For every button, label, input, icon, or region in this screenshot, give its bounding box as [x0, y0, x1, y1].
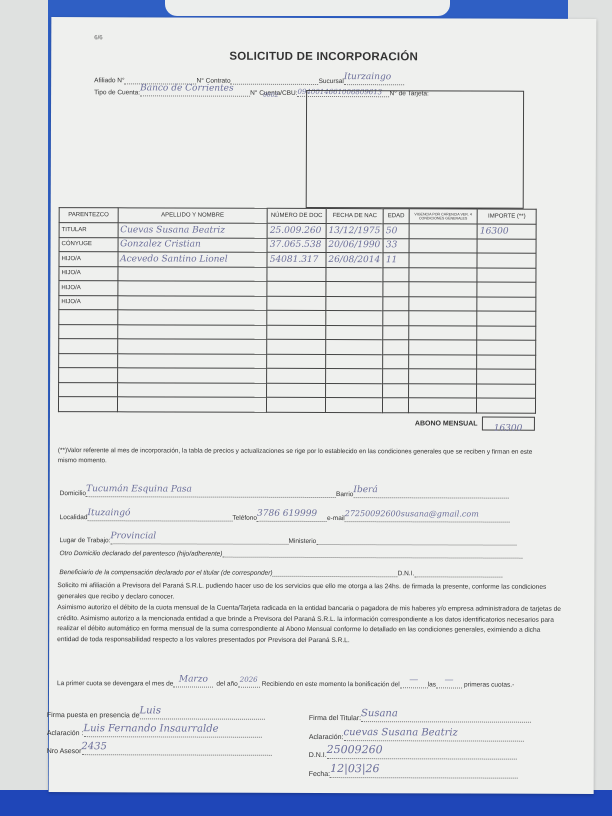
- clipboard-handle-hole: [165, 0, 450, 16]
- otro-domicilio-field[interactable]: [222, 557, 522, 559]
- cell-doc[interactable]: [267, 397, 326, 412]
- cell-nombre[interactable]: Gonzalez Cristian: [118, 237, 268, 252]
- price-note: (**)Valor referente al mes de incorporac…: [58, 446, 548, 468]
- first-year-field[interactable]: 2026: [238, 669, 260, 688]
- cell-vigencia[interactable]: [408, 383, 477, 398]
- asesor-row: Nro Asesor 2435: [47, 736, 272, 756]
- table-row: [59, 324, 536, 340]
- tipo-cuenta-field[interactable]: Banco de Corrientes: [140, 77, 250, 96]
- cell-vigencia[interactable]: [408, 296, 477, 311]
- trabajo-row: Lugar de Trabajo: Provincial Ministerio: [60, 525, 517, 546]
- cell-edad[interactable]: 11: [383, 253, 408, 268]
- cell-parentezco: HIJO/A: [59, 295, 118, 310]
- cell-vigencia[interactable]: [408, 325, 477, 340]
- col-nac: FECHA DE NAC: [326, 209, 384, 224]
- cell-importe[interactable]: [477, 355, 536, 370]
- cell-vigencia[interactable]: [408, 398, 477, 413]
- barrio-field[interactable]: Iberá: [353, 479, 508, 499]
- cell-importe[interactable]: [477, 239, 536, 254]
- cell-parentezco: [59, 339, 118, 354]
- cell-nac[interactable]: [326, 325, 384, 340]
- form-page: 6/6 SOLICITUD DE INCORPORACIÓN Afiliado …: [49, 17, 597, 794]
- table-row: CÓNYUGEGonzalez Cristian37.065.53820/06/…: [59, 237, 536, 253]
- cell-edad[interactable]: [383, 340, 408, 355]
- cell-nombre[interactable]: Cuevas Susana Beatriz: [118, 223, 268, 238]
- cell-vigencia[interactable]: [408, 369, 477, 384]
- table-row: TITULARCuevas Susana Beatriz25.009.26013…: [59, 223, 536, 239]
- titular-signature-row: Firma del Titular: Susana: [309, 703, 531, 723]
- table-row: [58, 397, 535, 413]
- cell-importe[interactable]: [477, 253, 536, 268]
- cell-doc[interactable]: [267, 281, 326, 296]
- table-row: [59, 339, 536, 355]
- col-parentezco: PARENTEZCO: [59, 208, 118, 223]
- cell-importe[interactable]: [477, 340, 536, 355]
- fecha-row: Fecha: 12|03|26: [309, 759, 518, 779]
- cell-parentezco: [59, 353, 118, 368]
- cell-parentezco: HIJO/A: [59, 281, 118, 296]
- cell-edad[interactable]: [383, 354, 408, 369]
- cell-nombre[interactable]: [117, 324, 267, 339]
- cell-nombre[interactable]: [117, 353, 267, 368]
- cell-nac[interactable]: [325, 354, 383, 369]
- domicilio-field[interactable]: Tucumán Esquina Pasa: [86, 478, 336, 498]
- abono-field[interactable]: 16300: [482, 417, 535, 431]
- cell-parentezco: TITULAR: [59, 223, 118, 238]
- col-importe: IMPORTE (**): [477, 209, 536, 224]
- table-row: [59, 353, 536, 369]
- cell-nac[interactable]: [325, 369, 383, 384]
- cell-nac[interactable]: [326, 311, 384, 326]
- cell-importe[interactable]: [477, 384, 536, 399]
- cell-nac[interactable]: [326, 296, 384, 311]
- first-payment-row: La primer cuota se devengara el mes de M…: [57, 668, 514, 689]
- clipboard-bottom: [0, 790, 612, 816]
- cell-doc[interactable]: [267, 368, 326, 383]
- fecha-field[interactable]: 12|03|26: [330, 759, 518, 779]
- cell-edad[interactable]: 33: [383, 238, 408, 253]
- aclaracion-asesor-row: Aclaración : Luis Fernando Insaurralde: [47, 718, 262, 738]
- cell-nombre[interactable]: [117, 397, 267, 412]
- cell-doc[interactable]: 54081.317: [267, 252, 326, 267]
- cell-parentezco: [59, 310, 118, 325]
- cell-nac[interactable]: [325, 383, 383, 398]
- localidad-field[interactable]: Ituzaingó: [87, 502, 232, 522]
- cell-nac[interactable]: 13/12/1975: [326, 224, 384, 239]
- cell-importe[interactable]: [477, 297, 536, 312]
- aclaracion-titular-row: Aclaración: cuevas Susana Beatriz: [309, 722, 524, 742]
- cell-doc[interactable]: 25.009.260: [267, 223, 326, 238]
- cell-doc[interactable]: [267, 354, 326, 369]
- cell-doc[interactable]: [267, 296, 326, 311]
- beneficiario-dni-field[interactable]: [414, 576, 502, 577]
- first-month-field[interactable]: Marzo: [173, 668, 213, 687]
- table-row: [59, 310, 536, 326]
- cell-vigencia[interactable]: [408, 311, 477, 326]
- dni-field[interactable]: 25009260: [327, 740, 517, 760]
- table-row: [59, 368, 536, 384]
- presencia-row: Firma puesta en presencia de Luis: [47, 700, 265, 720]
- cell-edad[interactable]: [383, 311, 408, 326]
- table-row: HIJO/A: [59, 266, 536, 282]
- cell-edad[interactable]: [383, 296, 408, 311]
- table-row: HIJO/A: [59, 281, 536, 297]
- cell-edad[interactable]: [383, 325, 408, 340]
- col-doc: NÚMERO DE DOC: [267, 208, 326, 223]
- cell-edad[interactable]: 50: [383, 224, 408, 239]
- cell-edad[interactable]: [383, 398, 408, 413]
- cell-nac[interactable]: [325, 398, 383, 413]
- family-table: PARENTEZCO APELLIDO Y NOMBRE NÚMERO DE D…: [58, 207, 537, 413]
- cell-parentezco: [59, 382, 118, 397]
- cell-nac[interactable]: [326, 340, 384, 355]
- bonus-cuotas-field[interactable]: —: [436, 669, 462, 688]
- cell-nombre[interactable]: [118, 266, 268, 281]
- legal-paragraph-2: Asimismo autorizo el débito de la cuota …: [57, 603, 562, 647]
- cell-vigencia[interactable]: [409, 238, 478, 253]
- aclaracion-titular-field[interactable]: cuevas Susana Beatriz: [343, 722, 523, 742]
- beneficiario-field[interactable]: [273, 576, 398, 577]
- cell-nombre[interactable]: [118, 281, 268, 296]
- table-row: [59, 382, 536, 398]
- cell-nombre[interactable]: Acevedo Santino Lionel: [118, 252, 268, 267]
- cell-importe[interactable]: [477, 326, 536, 341]
- table-row: HIJO/AAcevedo Santino Lionel54081.31726/…: [59, 252, 536, 268]
- bonus-field[interactable]: —: [400, 669, 428, 688]
- cell-nombre[interactable]: [117, 368, 267, 383]
- cell-vigencia[interactable]: [409, 253, 478, 268]
- cell-importe[interactable]: [477, 311, 536, 326]
- tipo-cuenta-label: Tipo de Cuenta:: [94, 89, 140, 96]
- cell-doc[interactable]: [267, 339, 326, 354]
- cell-nombre[interactable]: [117, 339, 267, 354]
- cell-doc[interactable]: [267, 383, 326, 398]
- aclaracion-asesor-field[interactable]: Luis Fernando Insaurralde: [83, 718, 261, 738]
- cell-parentezco: CÓNYUGE: [59, 237, 118, 252]
- cell-doc[interactable]: 37.065.538: [267, 238, 326, 253]
- cell-importe[interactable]: [477, 282, 536, 297]
- cell-importe[interactable]: [477, 369, 536, 384]
- cell-parentezco: [59, 324, 118, 339]
- page-number: 6/6: [94, 35, 102, 41]
- cell-vigencia[interactable]: [409, 267, 478, 282]
- cell-importe[interactable]: [477, 398, 536, 413]
- legal-paragraph-1: Solicito mi afiliación a Previsora del P…: [57, 581, 557, 604]
- abono-mensual: ABONO MENSUAL 16300: [415, 416, 535, 430]
- cell-vigencia[interactable]: [408, 340, 477, 355]
- cell-parentezco: HIJO/A: [59, 252, 118, 267]
- beneficiario-row: Beneficiario de la compensación declarad…: [59, 569, 502, 578]
- cell-edad[interactable]: [383, 369, 408, 384]
- otro-domicilio-row: Otro Domicilio declarado del parentesco …: [59, 550, 522, 559]
- cell-parentezco: HIJO/A: [59, 266, 118, 281]
- ministerio-field[interactable]: [316, 544, 516, 546]
- cell-vigencia[interactable]: [408, 282, 477, 297]
- cell-edad[interactable]: [383, 267, 408, 282]
- cell-parentezco: [58, 397, 117, 412]
- trabajo-field[interactable]: Provincial: [110, 525, 288, 545]
- cell-edad[interactable]: [383, 282, 408, 297]
- cbu-extra: 0002: [263, 92, 278, 99]
- telefono-field[interactable]: 3786 619999: [257, 503, 327, 522]
- card-number-box[interactable]: [306, 90, 524, 209]
- form-title: SOLICITUD DE INCORPORACIÓN: [51, 50, 596, 64]
- col-nombre: APELLIDO Y NOMBRE: [118, 208, 268, 224]
- cell-importe[interactable]: 16300: [477, 224, 536, 239]
- col-edad: EDAD: [383, 209, 408, 224]
- cell-nombre[interactable]: [117, 310, 267, 325]
- dni-row: D.N.I. 25009260: [309, 740, 517, 760]
- cell-nac[interactable]: 26/08/2014: [326, 253, 384, 268]
- cell-vigencia[interactable]: [408, 354, 477, 369]
- cell-nac[interactable]: 20/06/1990: [326, 238, 384, 253]
- domicilio-row: Domicilio Tucumán Esquina Pasa Barrio Ib…: [60, 478, 509, 499]
- cell-doc[interactable]: [267, 310, 326, 325]
- presencia-signature[interactable]: Luis: [140, 700, 265, 719]
- asesor-field[interactable]: 2435: [81, 736, 271, 756]
- cell-doc[interactable]: [267, 325, 326, 340]
- titular-signature[interactable]: Susana: [361, 703, 531, 723]
- cell-importe[interactable]: [477, 268, 536, 283]
- cell-nombre[interactable]: [117, 295, 267, 310]
- cell-nac[interactable]: [326, 267, 384, 282]
- table-row: HIJO/A: [59, 295, 536, 311]
- cell-nac[interactable]: [326, 282, 384, 297]
- abono-label: ABONO MENSUAL: [415, 420, 478, 427]
- col-vigencia: VIGENCIA POR CARENCIA VER. 4 CONDICIONES…: [409, 209, 478, 224]
- cell-nombre[interactable]: [117, 382, 267, 397]
- cell-vigencia[interactable]: [409, 224, 478, 239]
- cell-parentezco: [59, 368, 118, 383]
- cell-edad[interactable]: [383, 383, 408, 398]
- email-field[interactable]: 27250092600susana@gmail.com: [345, 503, 510, 523]
- cell-doc[interactable]: [267, 267, 326, 282]
- localidad-row: Localidad Ituzaingó Teléfono 3786 619999…: [60, 502, 510, 523]
